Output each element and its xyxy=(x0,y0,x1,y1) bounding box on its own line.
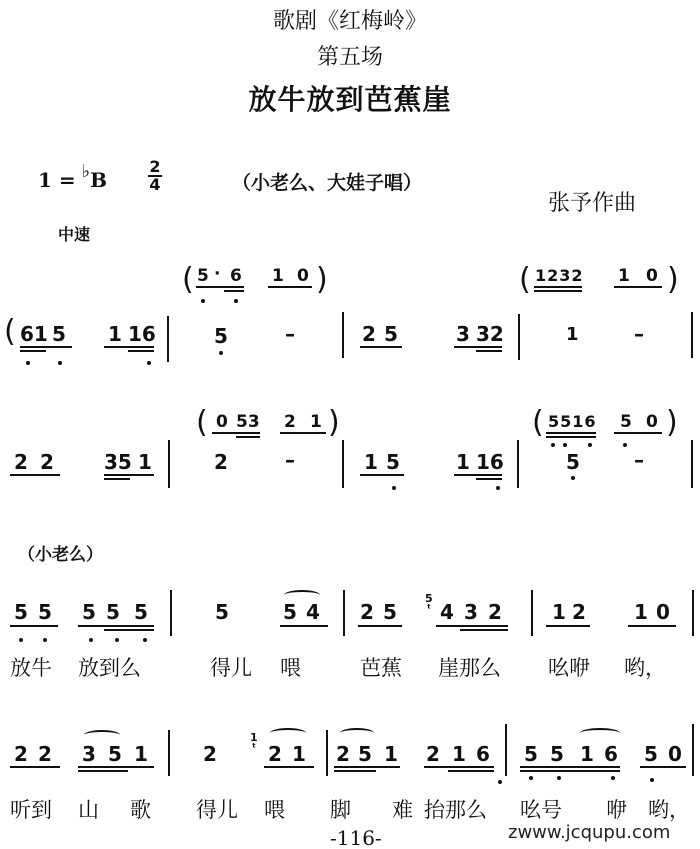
note: 5 xyxy=(14,600,28,624)
underline xyxy=(78,766,154,768)
note: 2 xyxy=(38,742,52,766)
lyric: 山 xyxy=(78,794,99,824)
lyric: 得儿 xyxy=(210,652,252,682)
lyric: 听到 xyxy=(10,794,52,824)
paren-close: ) xyxy=(666,405,678,440)
note: 2 xyxy=(488,600,502,624)
barline xyxy=(531,590,533,636)
underline xyxy=(436,625,508,627)
paren-open: ( xyxy=(182,262,194,297)
lyric: 难 xyxy=(392,794,413,824)
note: 1 xyxy=(310,412,322,432)
underline xyxy=(280,432,326,434)
underline xyxy=(628,625,676,627)
slur xyxy=(580,728,620,738)
note: 1 xyxy=(456,450,470,474)
page-number: -116- xyxy=(330,826,382,849)
barline xyxy=(518,314,520,360)
note: 2 xyxy=(203,742,217,766)
grace-note: 5ᵗ xyxy=(425,594,433,614)
note: 1 xyxy=(134,742,148,766)
key-note: B xyxy=(90,168,107,192)
low-octave-dot xyxy=(496,486,500,490)
note: 2 xyxy=(268,742,282,766)
lyric: 得儿 xyxy=(196,794,238,824)
underline xyxy=(454,346,502,348)
underline xyxy=(460,629,508,631)
note: 4 xyxy=(306,600,320,624)
note: 2 xyxy=(14,450,28,474)
underline xyxy=(128,350,154,352)
underline xyxy=(236,436,260,438)
composer-credit: 张予作曲 xyxy=(548,186,636,217)
note: 5 xyxy=(358,742,372,766)
singers-note: （小老么、大娃子唱） xyxy=(232,168,422,195)
note: 5 xyxy=(134,600,148,624)
flat-icon: ♭ xyxy=(82,161,91,182)
low-octave-dot xyxy=(58,361,62,365)
barline xyxy=(692,590,694,636)
tempo-marking: 中速 xyxy=(58,222,90,245)
underline xyxy=(10,474,60,476)
grace-mark-icon: ᵗ xyxy=(427,602,431,615)
grace-note: 1ᵗ xyxy=(250,733,258,753)
note: 3 xyxy=(82,742,96,766)
note: 2 xyxy=(214,450,228,474)
low-octave-dot xyxy=(611,776,615,780)
barline xyxy=(342,440,344,488)
underline xyxy=(614,286,662,288)
low-octave-dot xyxy=(43,638,47,642)
low-octave-dot xyxy=(219,351,223,355)
underline xyxy=(520,766,620,768)
note: 2 xyxy=(284,412,296,432)
dash: – xyxy=(285,322,295,346)
note: 2 xyxy=(14,742,28,766)
note-group: 35 xyxy=(104,450,132,474)
dash: – xyxy=(285,448,295,472)
low-octave-dot xyxy=(557,776,561,780)
underline xyxy=(104,474,154,476)
dash: – xyxy=(634,448,644,472)
note-group: 5516 xyxy=(548,412,597,431)
underline xyxy=(104,478,130,480)
note: 5 xyxy=(644,742,658,766)
note: 1 xyxy=(452,742,466,766)
note: 5 xyxy=(52,322,66,346)
key-prefix: 1 = xyxy=(38,168,76,192)
lyric: 芭蕉 xyxy=(360,652,402,682)
paren-open: ( xyxy=(532,405,544,440)
underline xyxy=(476,350,502,352)
note: 1 xyxy=(292,742,306,766)
note: 5 xyxy=(524,742,538,766)
underline xyxy=(10,766,60,768)
underline xyxy=(476,478,502,480)
paren-open: ( xyxy=(4,314,16,349)
underline xyxy=(224,290,244,292)
slur xyxy=(84,730,120,740)
lyric: 喂 xyxy=(264,794,285,824)
note: 1 xyxy=(364,450,378,474)
note-group: 16 xyxy=(128,322,156,346)
note: 0 xyxy=(646,266,658,286)
note: 0 xyxy=(297,266,309,286)
underline xyxy=(212,432,260,434)
underline xyxy=(448,770,494,772)
barline xyxy=(168,440,170,488)
low-octave-dot xyxy=(234,299,238,303)
low-octave-dot xyxy=(147,361,151,365)
underline xyxy=(334,766,400,768)
note: 5 xyxy=(82,600,96,624)
note: 1 xyxy=(566,324,579,345)
barline xyxy=(167,316,169,362)
underline xyxy=(614,432,662,434)
note: 0 xyxy=(216,412,228,432)
underline xyxy=(20,350,46,352)
barline xyxy=(342,312,344,358)
underline xyxy=(280,625,328,627)
underline xyxy=(10,625,58,627)
underline xyxy=(534,290,582,292)
note: 4 xyxy=(440,600,454,624)
lyric: 崖那么 xyxy=(438,652,501,682)
note: 1 xyxy=(108,322,122,346)
underline xyxy=(334,770,376,772)
barline xyxy=(168,730,170,776)
watermark: zwww.jcqupu.com xyxy=(508,822,670,843)
paren-close: ) xyxy=(328,405,340,440)
note: 5 xyxy=(108,742,122,766)
paren-open: ( xyxy=(519,262,531,297)
note: 1 xyxy=(384,742,398,766)
low-octave-dot xyxy=(143,638,147,642)
note: 5 xyxy=(106,600,120,624)
slur xyxy=(270,728,306,738)
barline xyxy=(326,730,328,776)
time-signature: 2 4 xyxy=(148,160,162,192)
note: 5 xyxy=(38,600,52,624)
note: 2 xyxy=(360,600,374,624)
underline xyxy=(268,286,312,288)
key-signature: 1 =♭B xyxy=(38,168,107,192)
low-octave-dot xyxy=(650,778,654,782)
low-octave-dot xyxy=(588,443,592,447)
low-octave-dot xyxy=(19,638,23,642)
note: 5 xyxy=(386,450,400,474)
low-octave-dot xyxy=(551,443,555,447)
note: 0 xyxy=(646,412,658,432)
note-group: 53 xyxy=(236,412,260,432)
barline xyxy=(505,724,507,776)
barline xyxy=(692,724,694,776)
lyric: 脚 xyxy=(330,794,351,824)
note: 5 xyxy=(550,742,564,766)
note: 2 xyxy=(40,450,54,474)
grace-mark-icon: ᵗ xyxy=(252,741,256,754)
barline xyxy=(517,440,519,488)
time-sig-bottom: 4 xyxy=(149,175,160,194)
underline xyxy=(78,770,128,772)
low-octave-dot xyxy=(571,476,575,480)
underline xyxy=(104,629,154,631)
note: 3 xyxy=(456,322,470,346)
note: 5 xyxy=(383,600,397,624)
underline xyxy=(358,625,402,627)
low-octave-dot xyxy=(26,361,30,365)
note: 3 xyxy=(464,600,478,624)
underline xyxy=(534,286,582,288)
note: 1 xyxy=(272,266,284,286)
lyric: 吆号 xyxy=(520,794,562,824)
note: 1 xyxy=(138,450,152,474)
note: 5 xyxy=(283,600,297,624)
low-octave-dot xyxy=(115,638,119,642)
low-octave-dot xyxy=(201,299,205,303)
underline xyxy=(424,766,494,768)
note: 2 xyxy=(572,600,586,624)
note: 1 xyxy=(552,600,566,624)
note: 6 xyxy=(604,742,618,766)
slur xyxy=(340,728,374,738)
low-octave-dot xyxy=(392,486,396,490)
note: 1 xyxy=(580,742,594,766)
note-group: 1232 xyxy=(535,266,584,285)
note: 1 xyxy=(634,600,648,624)
lyric: 抬那么 xyxy=(424,794,487,824)
note: 6 xyxy=(230,266,242,286)
dash: – xyxy=(634,322,644,346)
lyric: 咿 xyxy=(606,794,627,824)
song-title: 放牛放到芭蕉崖 xyxy=(0,78,700,118)
underline xyxy=(360,346,402,348)
paren-open: ( xyxy=(196,405,208,440)
low-octave-dot xyxy=(498,780,502,784)
lyric: 喂 xyxy=(280,652,301,682)
low-octave-dot xyxy=(89,638,93,642)
note: 2 xyxy=(426,742,440,766)
underline xyxy=(546,436,596,438)
note: 5 xyxy=(566,450,580,474)
low-octave-dot xyxy=(529,776,533,780)
note-group: 16 xyxy=(476,450,504,474)
barline xyxy=(343,590,345,636)
paren-close: ) xyxy=(316,262,328,297)
underline xyxy=(20,346,72,348)
underline xyxy=(546,432,596,434)
role-label: （小老么） xyxy=(18,540,103,565)
lyric: 放牛 xyxy=(10,652,52,682)
barline xyxy=(691,312,693,358)
lyric: 歌 xyxy=(130,794,151,824)
underline xyxy=(640,766,686,768)
note: 5 xyxy=(215,600,229,624)
low-octave-dot xyxy=(563,443,567,447)
lyric: 哟， xyxy=(624,652,666,682)
underline xyxy=(104,346,154,348)
underline xyxy=(196,286,244,288)
note: 5 xyxy=(384,322,398,346)
opera-title: 歌剧《红梅岭》 xyxy=(0,4,700,35)
dot-mark: · xyxy=(214,264,220,284)
lyric: 哟， xyxy=(648,794,690,824)
note: 5 xyxy=(620,412,632,432)
scene-title: 第五场 xyxy=(0,40,700,71)
note: 6 xyxy=(476,742,490,766)
lyric: 放到么 xyxy=(78,652,141,682)
barline xyxy=(170,590,172,636)
low-octave-dot xyxy=(623,443,627,447)
slur xyxy=(284,590,320,600)
note: 2 xyxy=(336,742,350,766)
underline xyxy=(520,770,620,772)
note: 0 xyxy=(668,742,682,766)
underline xyxy=(264,766,314,768)
note: 2 xyxy=(362,322,376,346)
note-group: 32 xyxy=(476,322,504,346)
underline xyxy=(360,474,404,476)
lyric: 吆咿 xyxy=(548,652,590,682)
time-sig-top: 2 xyxy=(149,157,160,176)
underline xyxy=(454,474,502,476)
paren-close: ) xyxy=(667,262,679,297)
note: 5 xyxy=(197,266,209,286)
note: 1 xyxy=(618,266,630,286)
note-group: 61 xyxy=(20,322,48,346)
underline xyxy=(546,625,590,627)
note: 0 xyxy=(656,600,670,624)
barline xyxy=(691,440,693,488)
note: 5 xyxy=(214,324,228,348)
underline xyxy=(78,625,154,627)
